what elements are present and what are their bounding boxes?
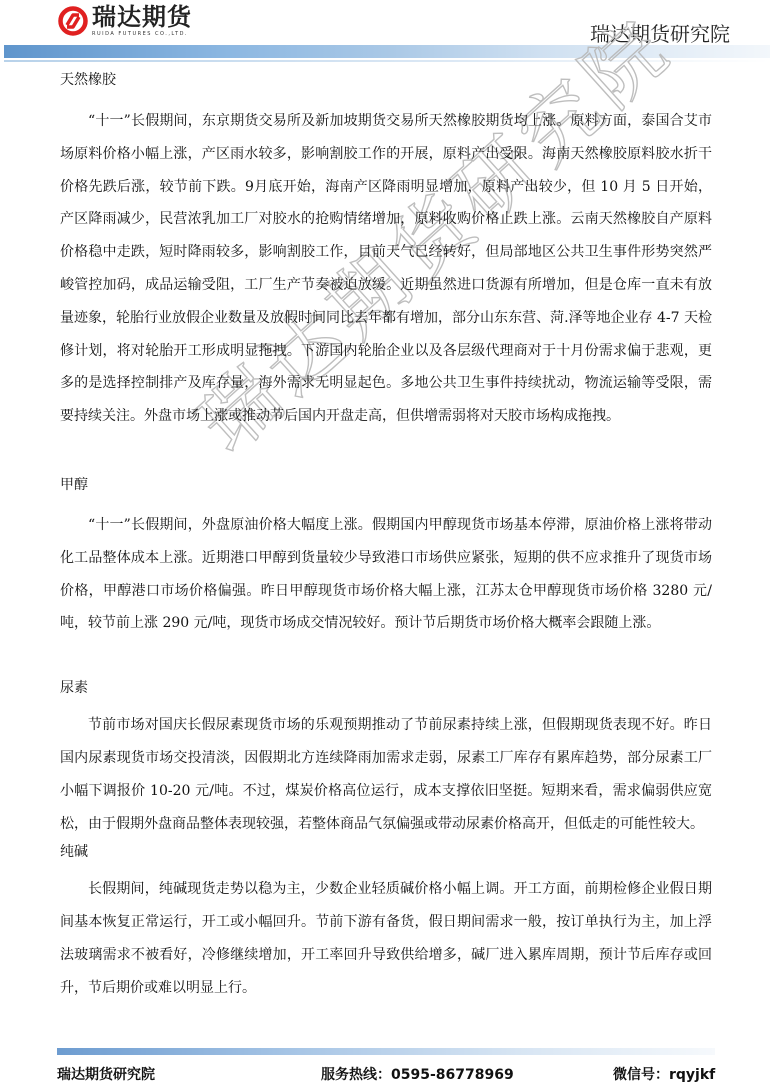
section-title: 纯碱: [60, 842, 712, 862]
section-title: 甲醇: [60, 475, 712, 495]
company-logo: 瑞达期货 RUIDA FUTURES CO.,LTD.: [58, 4, 192, 40]
page-footer: 瑞达期货研究院 服务热线：0595-86778969 微信号：rqyjkf: [57, 1064, 717, 1086]
footer-wechat: 微信号：rqyjkf: [613, 1064, 715, 1084]
footer-org: 瑞达期货研究院: [57, 1064, 155, 1084]
section-title: 天然橡胶: [60, 70, 712, 90]
logo-english-name: RUIDA FUTURES CO.,LTD.: [92, 31, 192, 38]
header-divider-line: [4, 60, 770, 62]
section-methanol: 甲醇 “十一”长假期间，外盘原油价格大幅度上涨。假期国内甲醇现货市场基本停滞，原…: [60, 475, 712, 640]
header-title: 瑞达期货研究院: [590, 18, 730, 47]
section-urea: 尿素 节前市场对国庆长假尿素现货市场的乐观预期推动了节前尿素持续上涨，但假期现货…: [60, 678, 712, 840]
logo-name: 瑞达期货: [92, 4, 192, 30]
section-soda-ash: 纯碱 长假期间，纯碱现货走势以稳为主，少数企业轻质碱价格小幅上调。开工方面，前期…: [60, 842, 712, 1004]
header-divider-bar: [4, 45, 770, 58]
section-paragraph: 长假期间，纯碱现货走势以稳为主，少数企业轻质碱价格小幅上调。开工方面，前期检修企…: [60, 873, 712, 1004]
section-title: 尿素: [60, 678, 712, 698]
section-natural-rubber: 天然橡胶 “十一”长假期间，东京期货交易所及新加坡期货交易所天然橡胶期货均上涨。…: [60, 70, 712, 433]
section-paragraph: 节前市场对国庆长假尿素现货市场的乐观预期推动了节前尿素持续上涨，但假期现货表现不…: [60, 709, 712, 840]
section-paragraph: “十一”长假期间，东京期货交易所及新加坡期货交易所天然橡胶期货均上涨。原料方面，…: [60, 105, 712, 433]
page-header: 瑞达期货 RUIDA FUTURES CO.,LTD. 瑞达期货研究院: [0, 0, 770, 62]
report-body: 天然橡胶 “十一”长假期间，东京期货交易所及新加坡期货交易所天然橡胶期货均上涨。…: [60, 68, 712, 1005]
footer-hotline: 服务热线：0595-86778969: [321, 1064, 514, 1084]
logo-mark-icon: [58, 6, 88, 36]
section-paragraph: “十一”长假期间，外盘原油价格大幅度上涨。假期国内甲醇现货市场基本停滞，原油价格…: [60, 509, 712, 640]
footer-divider-bar: [57, 1048, 715, 1055]
